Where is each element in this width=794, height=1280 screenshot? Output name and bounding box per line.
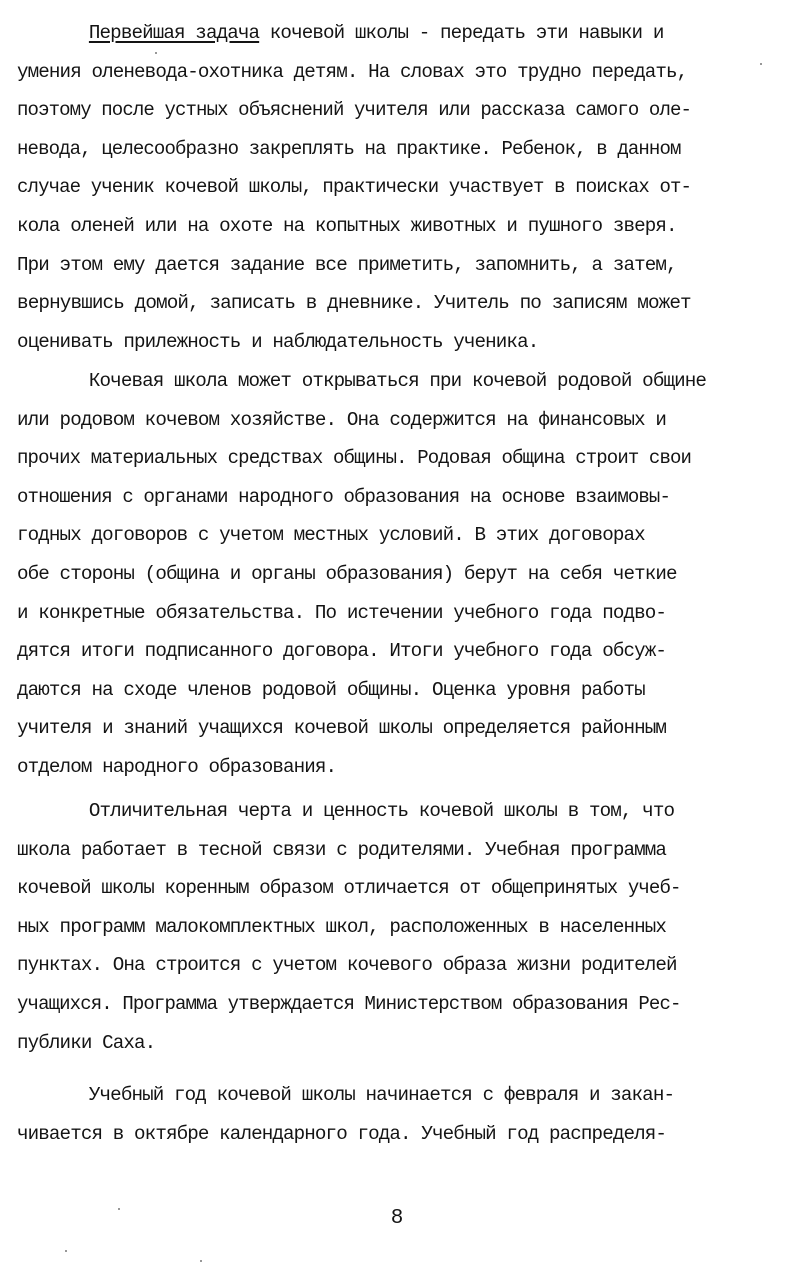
text-line: вернувшись домой, записать в дневнике. У… xyxy=(17,284,701,323)
text-line: случае ученик кочевой школы, практически… xyxy=(17,168,691,207)
paragraph-1: Первейшая задача кочевой школы - передат… xyxy=(17,14,708,361)
text-line: публики Саха. xyxy=(17,1024,687,1063)
text-line: обе стороны (община и органы образования… xyxy=(17,555,706,594)
scan-speck xyxy=(65,1250,67,1252)
text-line: кочевой школы коренным образом отличаетс… xyxy=(17,869,681,908)
scan-speck xyxy=(760,63,762,65)
text-line: пунктах. Она строится с учетом кочевого … xyxy=(17,946,687,985)
text-line: даются на сходе членов родовой общины. О… xyxy=(17,671,706,710)
text-line: При этом ему дается задание все приметит… xyxy=(17,246,698,285)
text-line: школа работает в тесной связи с родителя… xyxy=(17,831,687,870)
paragraph-3: Отличительная черта и ценность кочевой ш… xyxy=(17,792,698,1062)
text-line: учащихся. Программа утверждается Министе… xyxy=(17,985,681,1024)
text-line: прочих материальных средствах общины. Ро… xyxy=(17,439,699,478)
text-line: поэтому после устных объяснений учителя … xyxy=(17,91,691,130)
text-line: умения оленевода-охотника детям. На слов… xyxy=(17,53,698,92)
scan-speck xyxy=(155,52,157,54)
underlined-phrase: Первейшая задача xyxy=(89,22,259,44)
text-line: отделом народного образования. xyxy=(17,748,706,787)
text-line: оценивать прилежность и наблюдательность… xyxy=(17,323,698,362)
text-line: дятся итоги подписанного договора. Итоги… xyxy=(17,632,706,671)
paragraph-4: Учебный год кочевой школы начинается с ф… xyxy=(17,1076,684,1153)
text-line: годных договоров с учетом местных услови… xyxy=(17,516,706,555)
text-line: или родовом кочевом хозяйстве. Она содер… xyxy=(17,401,706,440)
text-line: учителя и знаний учащихся кочевой школы … xyxy=(17,709,706,748)
scan-speck xyxy=(118,1208,120,1210)
text-line: отношения с органами народного образован… xyxy=(17,478,699,517)
text-line: кола оленей или на охоте на копытных жив… xyxy=(17,207,698,246)
text-line: чивается в октябре календарного года. Уч… xyxy=(17,1115,674,1154)
text-line: ных программ малокомплектных школ, распо… xyxy=(17,908,687,947)
scan-speck xyxy=(200,1260,202,1262)
text-line: Отличительная черта и ценность кочевой ш… xyxy=(17,792,687,831)
text-line: Первейшая задача кочевой школы - передат… xyxy=(17,14,698,53)
text-line: Учебный год кочевой школы начинается с ф… xyxy=(17,1076,674,1115)
text-line: Кочевая школа может открываться при коче… xyxy=(17,362,706,401)
text-line: и конкретные обязательства. По истечении… xyxy=(17,594,706,633)
text-line: невода, целесообразно закреплять на прак… xyxy=(17,130,691,169)
page-number: 8 xyxy=(0,1207,794,1230)
paragraph-2: Кочевая школа может открываться при коче… xyxy=(17,362,717,787)
